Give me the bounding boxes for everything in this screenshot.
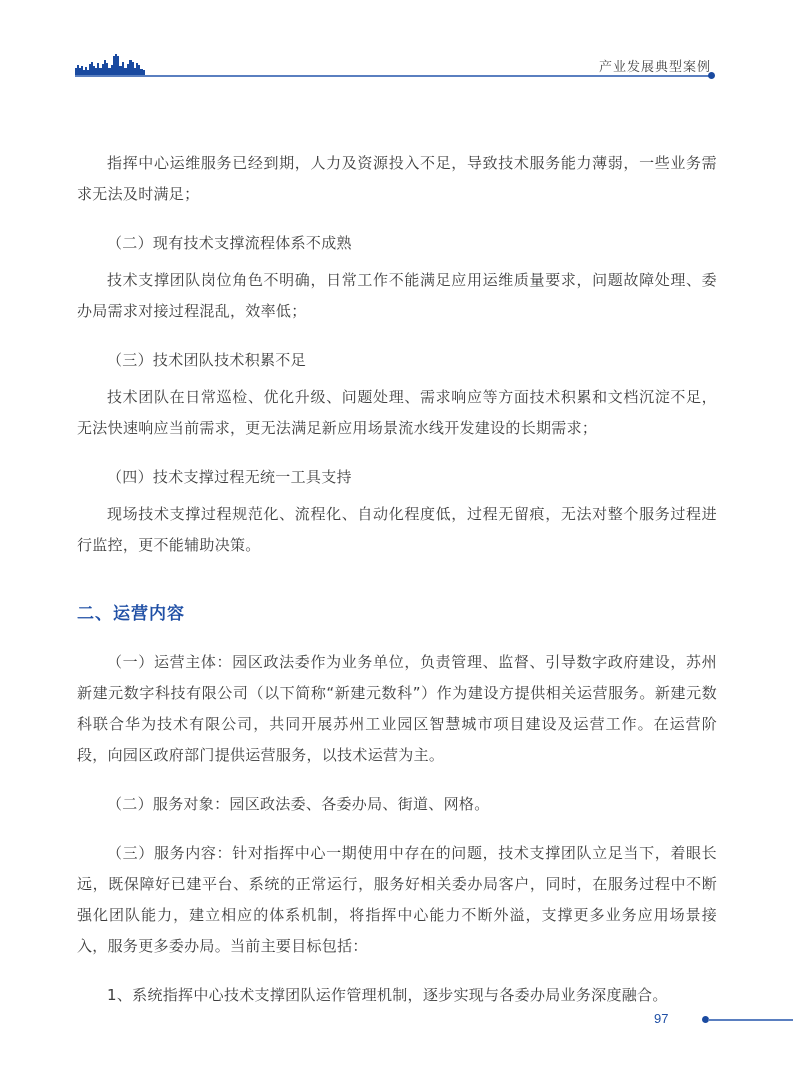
page-header: 产业发展典型案例 — [0, 0, 793, 90]
problem-heading-2: （二）现有技术支撑流程体系不成熟 — [77, 228, 717, 259]
footer-divider — [708, 1019, 793, 1021]
service-target-paragraph: （二）服务对象：园区政法委、各委办局、街道、网格。 — [77, 789, 717, 820]
page-number: 97 — [654, 1011, 668, 1026]
service-content-paragraph: （三）服务内容：针对指挥中心一期使用中存在的问题，技术支撑团队立足当下，着眼长远… — [77, 838, 717, 962]
running-header-title: 产业发展典型案例 — [599, 56, 711, 75]
page-body: 指挥中心运维服务已经到期，人力及资源投入不足，导致技术服务能力薄弱，一些业务需求… — [77, 148, 717, 1011]
problem-body-3: 技术团队在日常巡检、优化升级、问题处理、需求响应等方面技术积累和文档沉淀不足，无… — [77, 382, 717, 444]
header-divider — [75, 75, 711, 77]
problem-heading-4: （四）技术支撑过程无统一工具支持 — [77, 462, 717, 493]
intro-paragraph: 指挥中心运维服务已经到期，人力及资源投入不足，导致技术服务能力薄弱，一些业务需求… — [77, 148, 717, 210]
problem-body-4: 现场技术支撑过程规范化、流程化、自动化程度低，过程无留痕，无法对整个服务过程进行… — [77, 499, 717, 561]
section-heading: 二、运营内容 — [77, 599, 717, 629]
operation-subject-paragraph: （一）运营主体：园区政法委作为业务单位，负责管理、监督、引导数字政府建设，苏州新… — [77, 647, 717, 771]
page-footer: 97 — [0, 1005, 793, 1035]
problem-heading-3: （三）技术团队技术积累不足 — [77, 345, 717, 376]
city-skyline-icon — [75, 54, 151, 75]
problem-body-2: 技术支撑团队岗位角色不明确，日常工作不能满足应用运维质量要求，问题故障处理、委办… — [77, 265, 717, 327]
